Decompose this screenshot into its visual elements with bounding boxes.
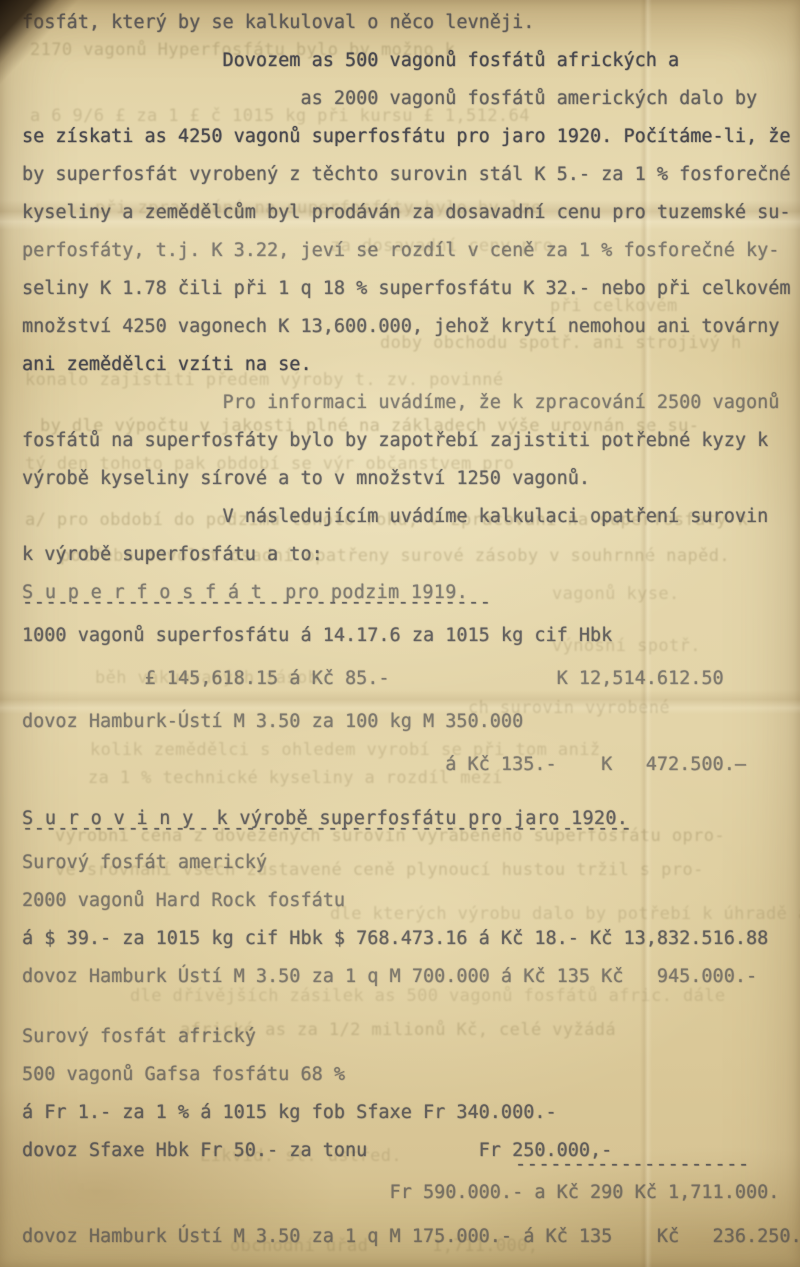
typewritten-line: k výrobě superfosfátu a to:	[22, 536, 800, 574]
typewritten-line: perfosfáty, t.j. K 3.22, jeví se rozdíl …	[22, 232, 800, 270]
typewritten-line: se získati as 4250 vagonů superfosfátu p…	[22, 118, 800, 156]
typewritten-line: dovoz Hamburk-Ústí M 3.50 za 100 kg M 35…	[22, 703, 800, 741]
typewritten-line: fosfát, který by se kalkuloval o něco le…	[22, 4, 800, 42]
typewritten-underline: ----------------------------------------	[22, 598, 800, 612]
typewritten-underline: ----------------------------------------…	[22, 824, 800, 838]
typewritten-line: kyseliny a zemědělcům byl prodáván za do…	[22, 194, 800, 232]
typewritten-line: 2000 vagonů Hard Rock fosfátu	[22, 882, 800, 920]
typewritten-line: seliny K 1.78 čili při 1 q 18 % superfos…	[22, 270, 800, 308]
typewritten-line: výrobě kyseliny sírové a to v množství 1…	[22, 460, 800, 498]
typewritten-line: 1000 vagonů superfosfátu á 14.17.6 za 10…	[22, 617, 800, 655]
typewritten-line: Surový fosfát africký	[22, 1018, 800, 1056]
typewritten-line: á Kč 135.- K 472.500.—	[22, 746, 800, 784]
typewritten-line: á $ 39.- za 1015 kg cif Hbk $ 768.473.16…	[22, 920, 800, 958]
document-page: 2170 vagonů Hyperfosfátu bylo by možno k…	[0, 0, 800, 1267]
typewritten-line: fosfátů na superfosfáty bylo by zapotřeb…	[22, 422, 800, 460]
typewritten-line: £ 145,618.15 á Kč 85.- K 12,514.612.50	[22, 660, 800, 698]
typewritten-line: Fr 590.000.- a Kč 290 Kč 1,711.000.	[22, 1174, 800, 1212]
typewritten-line: as 2000 vagonů fosfátů amerických dalo b…	[22, 80, 800, 118]
typewritten-line: V následujícím uvádíme kalkulaci opatřen…	[22, 498, 800, 536]
typewritten-line: by superfosfát vyrobený z těchto surovin…	[22, 156, 800, 194]
typewritten-line: Pro informaci uvádíme, že k zpracování 2…	[22, 384, 800, 422]
typewritten-line: množství 4250 vagonech K 13,600.000, jeh…	[22, 308, 800, 346]
typewritten-line: 500 vagonů Gafsa fosfátu 68 %	[22, 1056, 800, 1094]
typewritten-line: dovoz Hamburk Ústí M 3.50 za 1 q M 700.0…	[22, 958, 800, 996]
typewritten-line: ani zemědělci vzíti na se.	[22, 346, 800, 384]
typewritten-line: Surový fosfát americký	[22, 844, 800, 882]
typewritten-underline: --------------------	[22, 1160, 800, 1174]
typewritten-line: dovoz Hamburk Ústí M 3.50 za 1 q M 175.0…	[22, 1218, 800, 1256]
typewritten-content: fosfát, který by se kalkuloval o něco le…	[0, 0, 800, 1267]
typewritten-line: Dovozem as 500 vagonů fosfátů afrických …	[22, 42, 800, 80]
typewritten-line: á Fr 1.- za 1 % á 1015 kg fob Sfaxe Fr 3…	[22, 1094, 800, 1132]
